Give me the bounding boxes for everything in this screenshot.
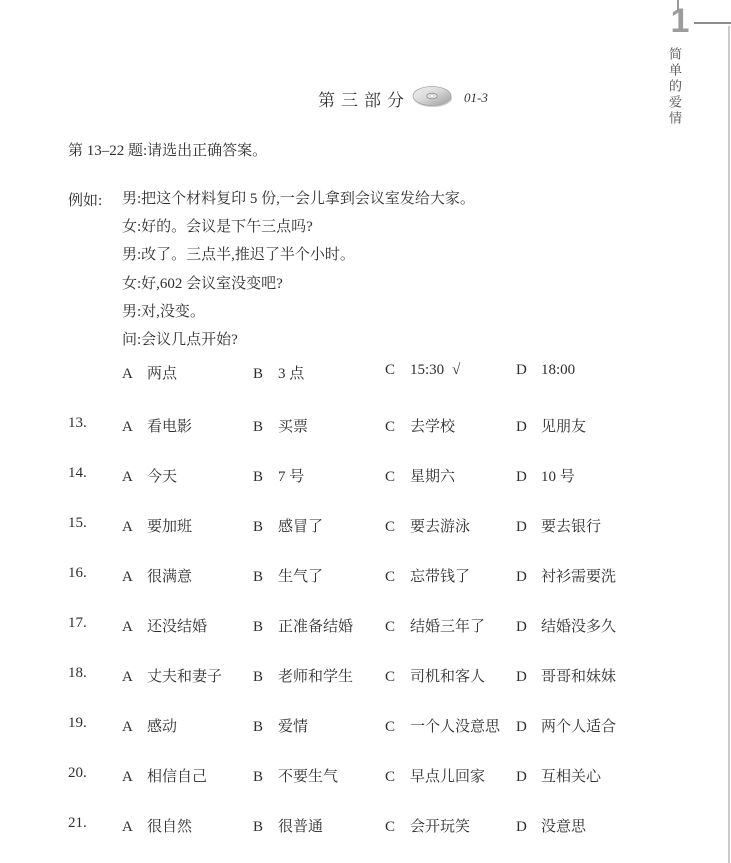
option-letter: C	[385, 419, 399, 436]
option-text: 丈夫和妻子	[147, 669, 222, 685]
option-letter: D	[516, 419, 530, 436]
option-letter: B	[253, 366, 267, 383]
option-letter: C	[385, 362, 399, 379]
dialogue-line: 男:改了。三点半,推迟了半个小时。	[122, 245, 475, 273]
chapter-number: 1	[668, 2, 692, 40]
answer-option: C忘带钱了	[385, 565, 470, 586]
question-number: 17.	[68, 615, 87, 632]
option-text: 要加班	[147, 519, 192, 535]
audio-track-label: 01-3	[464, 90, 488, 106]
option-text: 相信自己	[147, 769, 207, 785]
dialogue-line: 女:好,602 会议室没变吧?	[122, 274, 475, 302]
option-text: 会开玩笑	[410, 819, 470, 835]
answer-option: D衬衫需要洗	[516, 565, 616, 586]
option-text: 老师和学生	[278, 669, 353, 685]
example-options-row: A两点 B3 点 C15:30√ D18:00	[0, 362, 731, 382]
example-label: 例如:	[68, 189, 102, 210]
section-title: 第三部分	[318, 86, 410, 111]
cd-disc-icon	[412, 85, 458, 114]
option-text: 看电影	[147, 419, 192, 435]
answer-option: B老师和学生	[253, 665, 353, 686]
option-letter: B	[253, 719, 267, 736]
question-row: 17. A还没结婚 B正准备结婚 C结婚三年了 D结婚没多久	[0, 615, 731, 635]
option-letter: C	[385, 819, 399, 836]
option-letter: C	[385, 719, 399, 736]
answer-option: B爱情	[253, 715, 308, 736]
question-number: 14.	[68, 465, 87, 482]
question-row: 13. A看电影 B买票 C去学校 D见朋友	[0, 415, 731, 435]
answer-option: B正准备结婚	[253, 615, 353, 636]
page-edge-rule	[728, 26, 730, 863]
option-letter: D	[516, 519, 530, 536]
answer-option: C去学校	[385, 415, 455, 436]
option-text: 正准备结婚	[278, 619, 353, 635]
answer-option: D结婚没多久	[516, 615, 616, 636]
dialogue-line: 女:好的。会议是下午三点吗?	[122, 217, 475, 245]
option-letter: C	[385, 519, 399, 536]
answer-option: D哥哥和妹妹	[516, 665, 616, 686]
option-text: 7 号	[278, 469, 304, 485]
answer-option: A感动	[122, 715, 177, 736]
option-letter: B	[253, 669, 267, 686]
option-letter: A	[122, 366, 136, 383]
option-letter: A	[122, 819, 136, 836]
option-text: 很普通	[278, 819, 323, 835]
option-letter: B	[253, 619, 267, 636]
option-text: 感动	[147, 719, 177, 735]
chapter-horizontal-rule	[694, 22, 731, 24]
option-text: 去学校	[410, 419, 455, 435]
option-letter: C	[385, 669, 399, 686]
option-letter: C	[385, 619, 399, 636]
answer-option: C会开玩笑	[385, 815, 470, 836]
answer-option: A要加班	[122, 515, 192, 536]
answer-option: B7 号	[253, 465, 304, 486]
option-text: 衬衫需要洗	[541, 569, 616, 585]
option-letter: C	[385, 469, 399, 486]
option-text: 见朋友	[541, 419, 586, 435]
question-row: 16. A很满意 B生气了 C忘带钱了 D衬衫需要洗	[0, 565, 731, 585]
question-row: 21. A很自然 B很普通 C会开玩笑 D没意思	[0, 815, 731, 835]
option-letter: B	[253, 419, 267, 436]
option-text: 3 点	[278, 366, 304, 382]
answer-option: C一个人没意思	[385, 715, 500, 736]
answer-option: A丈夫和妻子	[122, 665, 222, 686]
option-letter: D	[516, 719, 530, 736]
option-letter: D	[516, 819, 530, 836]
answer-option: B3 点	[253, 362, 312, 383]
option-text: 要去银行	[541, 519, 601, 535]
question-number: 21.	[68, 815, 87, 832]
option-text: 没意思	[541, 819, 586, 835]
question-row: 15. A要加班 B感冒了 C要去游泳 D要去银行	[0, 515, 731, 535]
option-text: 忘带钱了	[410, 569, 470, 585]
question-row: 20. A相信自己 B不要生气 C早点儿回家 D互相关心	[0, 765, 731, 785]
question-row: 14. A今天 B7 号 C星期六 D10 号	[0, 465, 731, 485]
question-number: 18.	[68, 665, 87, 682]
example-dialogue: 男:把这个材料复印 5 份,一会儿拿到会议室发给大家。 女:好的。会议是下午三点…	[122, 189, 475, 358]
option-text: 买票	[278, 419, 308, 435]
option-letter: B	[253, 519, 267, 536]
question-number: 16.	[68, 565, 87, 582]
question-row: 19. A感动 B爱情 C一个人没意思 D两个人适合	[0, 715, 731, 735]
instructions: 第 13–22 题:请选出正确答案。	[68, 139, 267, 160]
option-letter: C	[385, 769, 399, 786]
option-letter: B	[253, 469, 267, 486]
option-text: 两点	[147, 366, 177, 382]
answer-option: C结婚三年了	[385, 615, 485, 636]
option-letter: A	[122, 419, 136, 436]
answer-option: B感冒了	[253, 515, 323, 536]
answer-option: B生气了	[253, 565, 323, 586]
option-letter: C	[385, 569, 399, 586]
option-text: 10 号	[541, 469, 575, 485]
answer-option: A两点	[122, 362, 185, 383]
option-letter: D	[516, 362, 530, 379]
question-number: 20.	[68, 765, 87, 782]
answer-option: D10 号	[516, 465, 575, 486]
dialogue-line: 男:对,没变。	[122, 302, 475, 330]
answer-option: C司机和客人	[385, 665, 485, 686]
option-letter: A	[122, 519, 136, 536]
answer-option: C15:30√	[385, 362, 460, 379]
answer-option: A今天	[122, 465, 177, 486]
option-text: 要去游泳	[410, 519, 470, 535]
answer-option: A相信自己	[122, 765, 207, 786]
option-text: 不要生气	[278, 769, 338, 785]
answer-option: D见朋友	[516, 415, 586, 436]
option-letter: B	[253, 819, 267, 836]
answer-option: D互相关心	[516, 765, 601, 786]
answer-option: A很满意	[122, 565, 192, 586]
option-text: 司机和客人	[410, 669, 485, 685]
answer-option: A还没结婚	[122, 615, 207, 636]
answer-option: C早点儿回家	[385, 765, 485, 786]
option-text: 哥哥和妹妹	[541, 669, 616, 685]
option-letter: A	[122, 769, 136, 786]
option-letter: A	[122, 469, 136, 486]
question-number: 19.	[68, 715, 87, 732]
option-letter: D	[516, 569, 530, 586]
question-number: 15.	[68, 515, 87, 532]
dialogue-line: 问:会议几点开始?	[122, 330, 475, 358]
answer-option: D两个人适合	[516, 715, 616, 736]
dialogue-line: 男:把这个材料复印 5 份,一会儿拿到会议室发给大家。	[122, 189, 475, 217]
option-text: 结婚三年了	[410, 619, 485, 635]
option-text: 15:30	[410, 362, 444, 378]
option-text: 结婚没多久	[541, 619, 616, 635]
chapter-title-vertical: 简单的爱情	[665, 47, 684, 127]
option-text: 爱情	[278, 719, 308, 735]
option-text: 星期六	[410, 469, 455, 485]
option-text: 很满意	[147, 569, 192, 585]
answer-option: C星期六	[385, 465, 455, 486]
option-text: 早点儿回家	[410, 769, 485, 785]
option-text: 18:00	[541, 362, 575, 378]
option-text: 两个人适合	[541, 719, 616, 735]
answer-option: B不要生气	[253, 765, 338, 786]
option-text: 感冒了	[278, 519, 323, 535]
option-letter: D	[516, 769, 530, 786]
option-letter: B	[253, 569, 267, 586]
option-letter: A	[122, 669, 136, 686]
option-letter: B	[253, 769, 267, 786]
option-text: 还没结婚	[147, 619, 207, 635]
test-page: 1 简单的爱情 第三部分 01-3 第 13–22 题:请选出正确答案。 例如:…	[0, 0, 731, 863]
question-row: 18. A丈夫和妻子 B老师和学生 C司机和客人 D哥哥和妹妹	[0, 665, 731, 685]
option-text: 一个人没意思	[410, 719, 500, 735]
option-letter: D	[516, 669, 530, 686]
correct-check-mark: √	[452, 362, 460, 378]
answer-option: D18:00	[516, 362, 583, 379]
answer-option: B很普通	[253, 815, 323, 836]
option-text: 很自然	[147, 819, 192, 835]
option-letter: A	[122, 719, 136, 736]
option-letter: A	[122, 619, 136, 636]
answer-option: B买票	[253, 415, 308, 436]
question-number: 13.	[68, 415, 87, 432]
answer-option: D没意思	[516, 815, 586, 836]
option-text: 互相关心	[541, 769, 601, 785]
answer-option: A看电影	[122, 415, 192, 436]
option-letter: A	[122, 569, 136, 586]
option-letter: D	[516, 469, 530, 486]
answer-option: C要去游泳	[385, 515, 470, 536]
option-text: 今天	[147, 469, 177, 485]
answer-option: D要去银行	[516, 515, 601, 536]
option-letter: D	[516, 619, 530, 636]
answer-option: A很自然	[122, 815, 192, 836]
option-text: 生气了	[278, 569, 323, 585]
